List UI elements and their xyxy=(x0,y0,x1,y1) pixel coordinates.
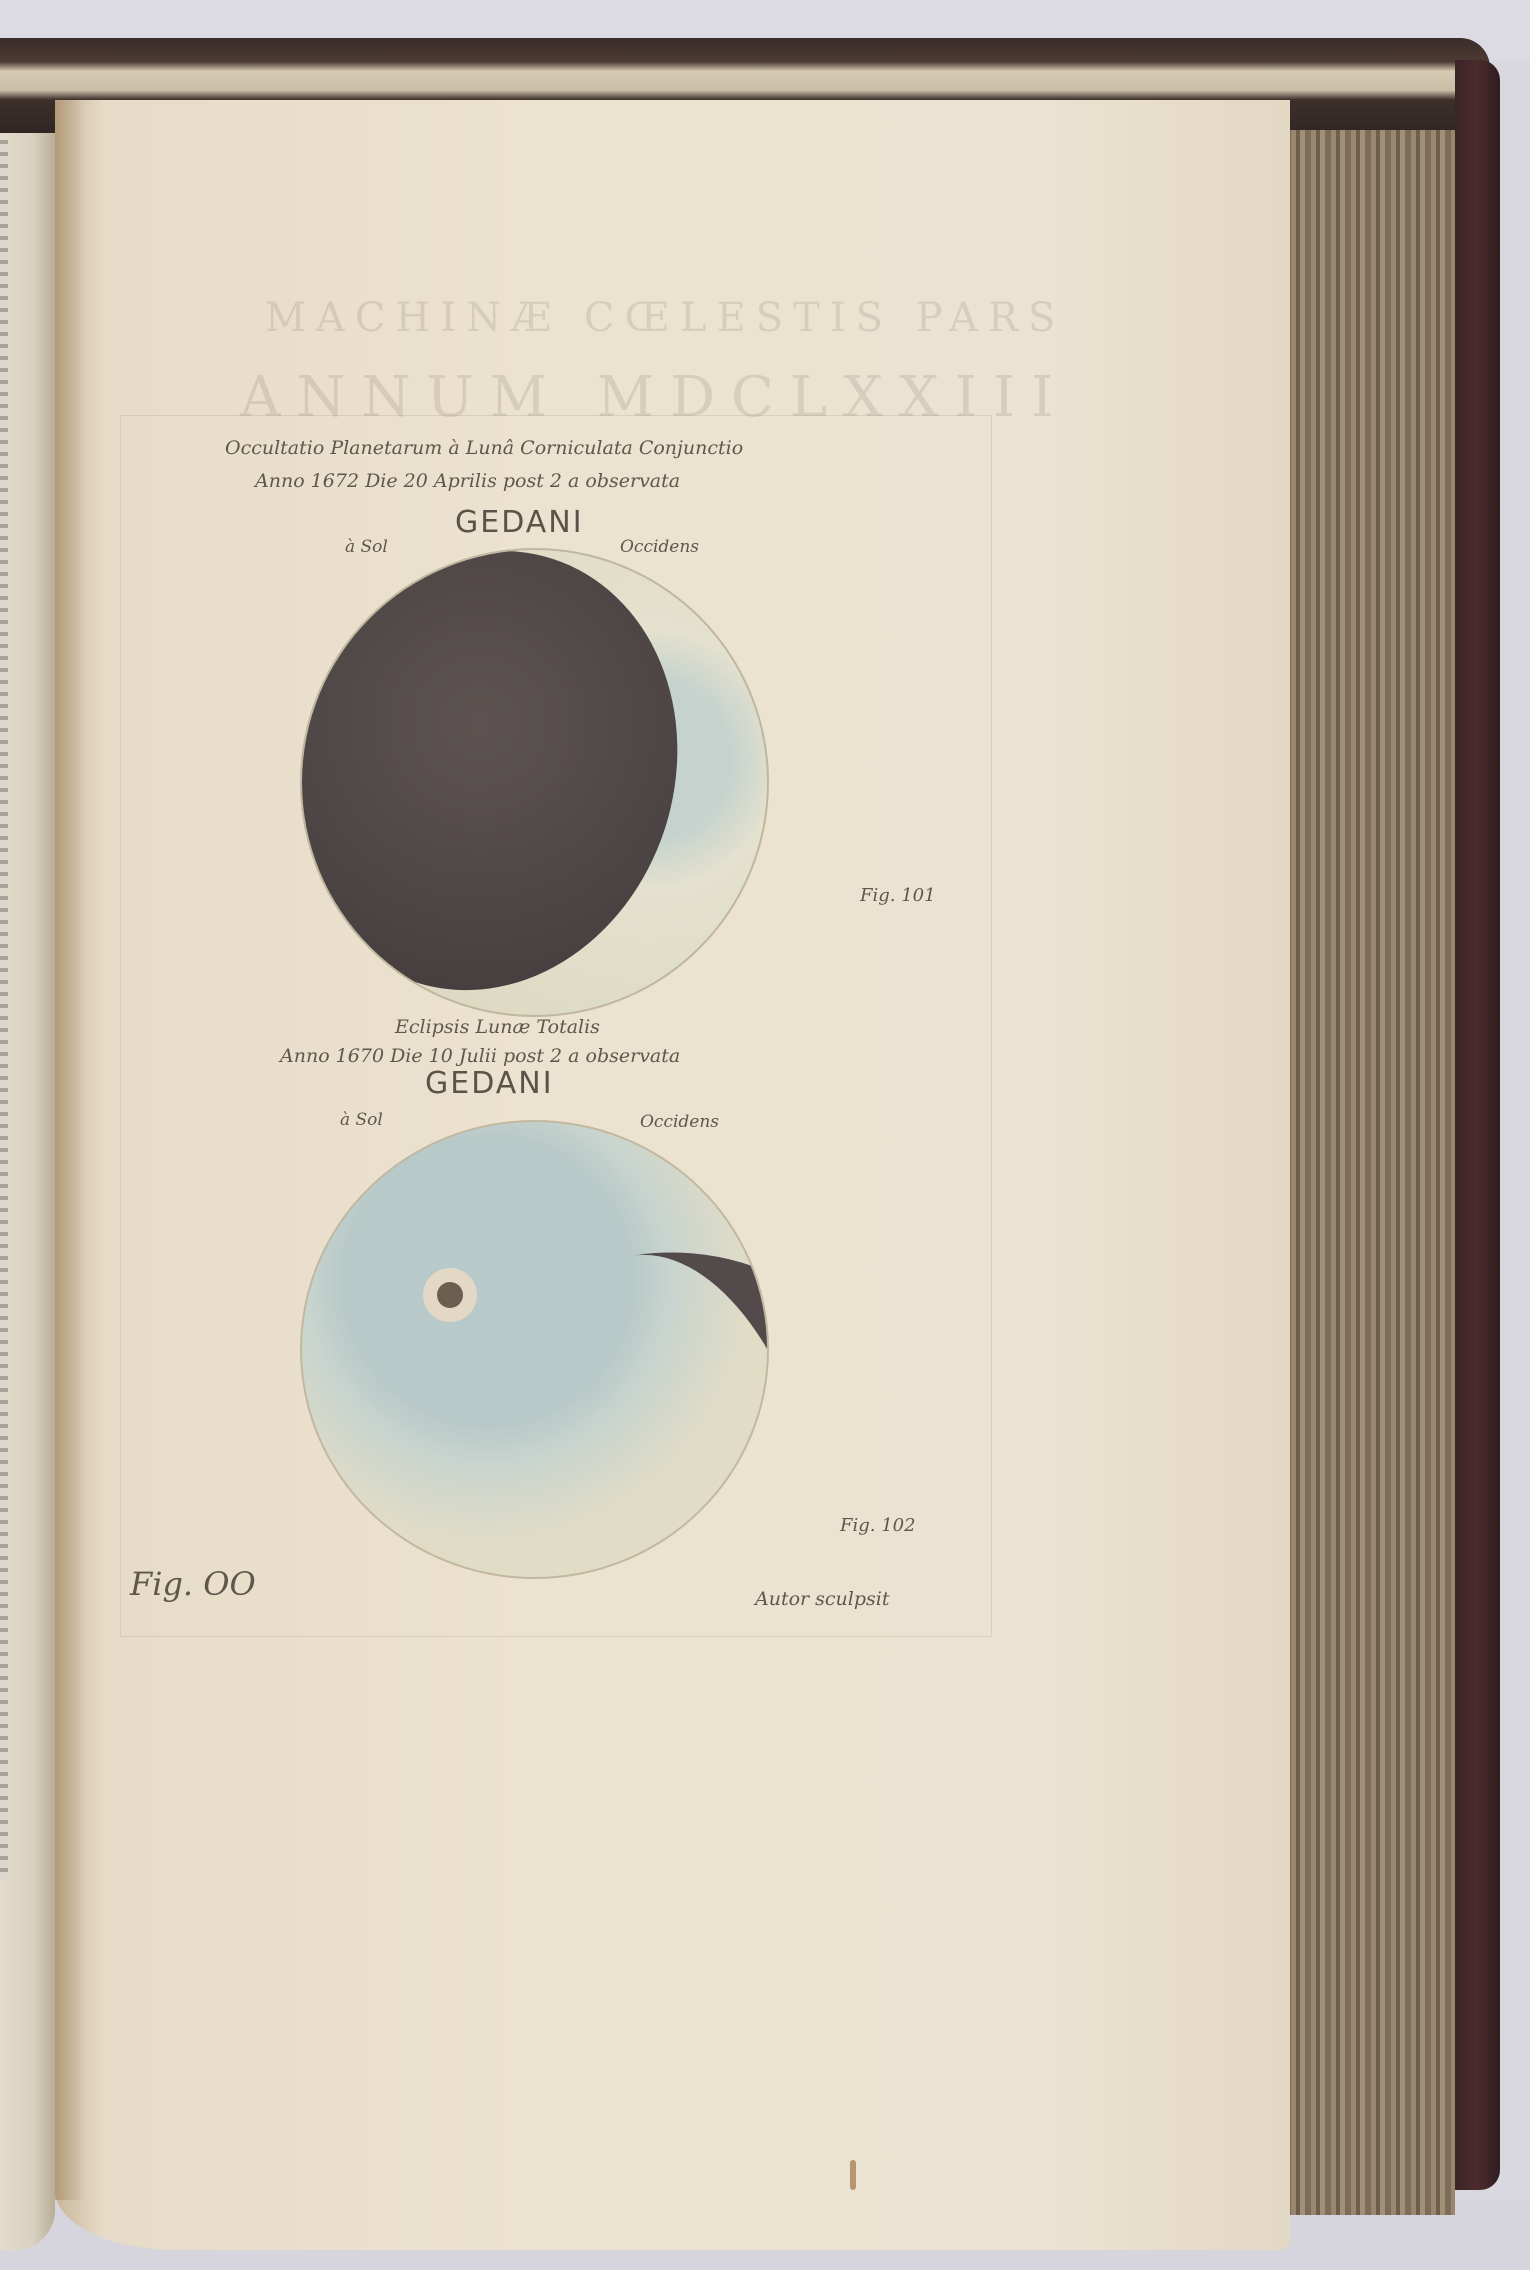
book-cover-right xyxy=(1455,60,1500,2190)
lower-figure-number: Fig. 102 xyxy=(840,1515,916,1536)
upper-figure-number: Fig. 101 xyxy=(860,885,936,906)
lower-label-left: à Sol xyxy=(340,1110,383,1130)
upper-caption-line2: Anno 1672 Die 20 Aprilis post 2 a observ… xyxy=(255,470,680,492)
upper-caption-line1: Occultatio Planetarum à Lunâ Corniculata… xyxy=(225,437,743,459)
upper-moon-figure xyxy=(300,548,769,1017)
earth-shadow xyxy=(300,548,733,1017)
book-fore-edge xyxy=(1285,130,1455,2215)
lower-caption-line1: Eclipsis Lunæ Totalis xyxy=(395,1016,600,1038)
page-tear-mark xyxy=(850,2160,856,2190)
engraver-credit: Autor sculpsit xyxy=(755,1588,889,1610)
upper-label-left: à Sol xyxy=(345,537,388,557)
lower-moon-figure xyxy=(300,1120,769,1579)
shadow-crescent xyxy=(379,1212,769,1579)
upper-label-right: Occidens xyxy=(620,537,699,557)
facing-page-text-lines xyxy=(0,140,8,1880)
crater-tycho xyxy=(437,1282,463,1308)
lower-place-label: GEDANI xyxy=(425,1066,554,1101)
lower-caption-line2: Anno 1670 Die 10 Julii post 2 a observat… xyxy=(280,1045,680,1067)
lower-label-right: Occidens xyxy=(640,1112,719,1132)
plate-number: Fig. OO xyxy=(130,1565,256,1603)
upper-place-label: GEDANI xyxy=(455,505,584,540)
bleedthrough-heading-1: MACHINÆ CŒLESTIS PARS xyxy=(265,295,1065,341)
gutter-stain xyxy=(55,100,85,2200)
facing-page-edge xyxy=(0,100,55,2250)
